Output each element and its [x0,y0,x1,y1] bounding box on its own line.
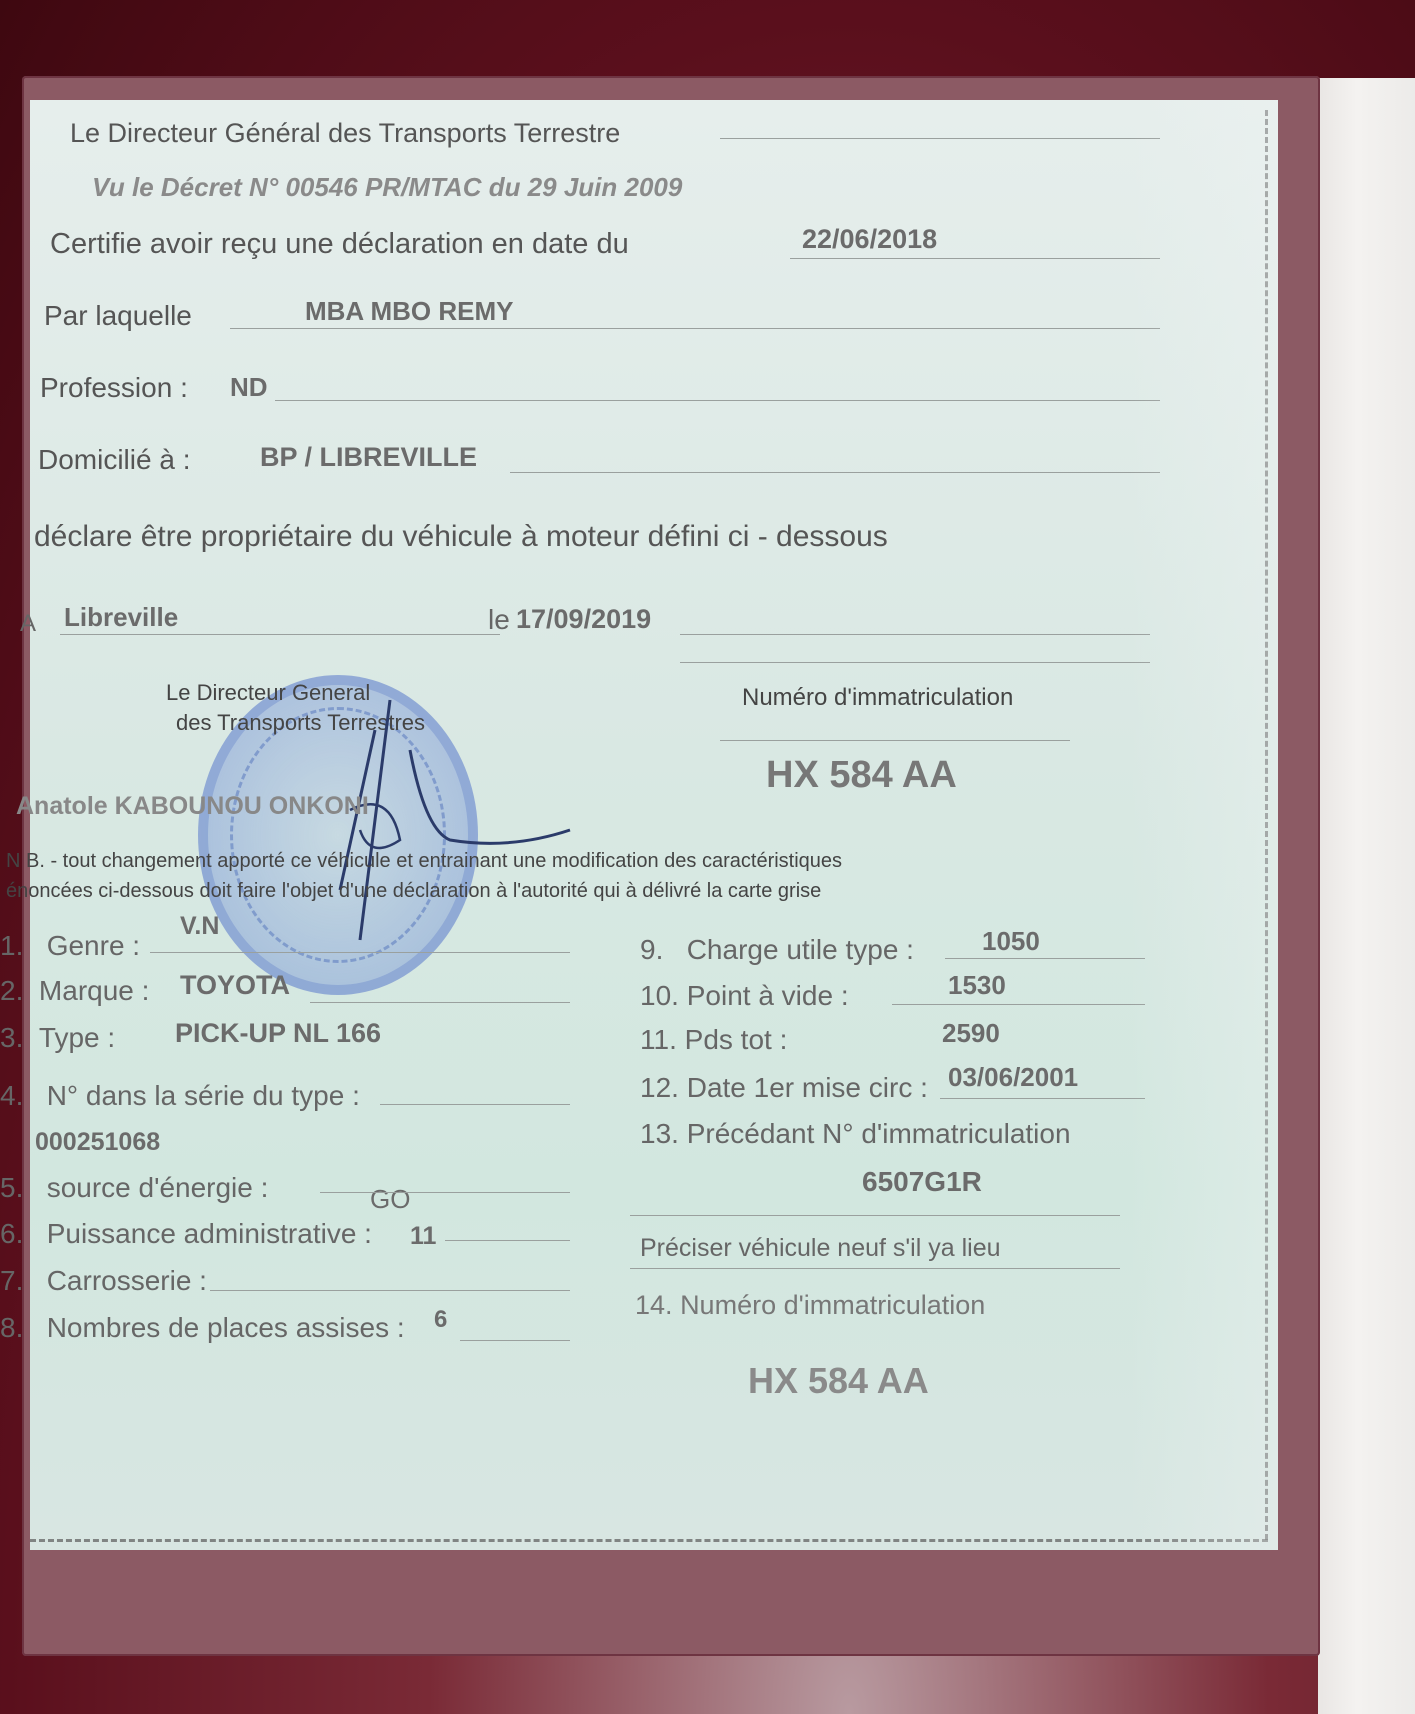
spec-label-places: 8. Nombres de places assises : [0,1312,405,1344]
profession-value: ND [230,372,268,403]
spec-value-date-circ: 03/06/2001 [948,1062,1078,1093]
par-laquelle-label: Par laquelle [44,300,192,332]
header-title: Le Directeur Général des Transports Terr… [70,118,620,149]
divider [720,138,1160,139]
spec-label-point-vide: 10. Point à vide : [640,980,849,1012]
spec-value-marque: TOYOTA [180,970,290,1001]
spec-label-puissance: 6. Puissance administrative : [0,1218,372,1250]
spec-value-puissance: 11 [410,1222,436,1251]
spec-label-precedent: 13. Précédant N° d'immatriculation [640,1118,1071,1150]
domicile-label: Domicilié à : [38,444,190,476]
place-prefix: A [20,610,36,638]
fill-line [230,328,1160,329]
domicile-value: BP / LIBREVILLE [260,442,477,473]
registration-number: HX 584 AA [766,754,957,797]
final-registration-number: HX 584 AA [748,1360,929,1402]
issue-date: 17/09/2019 [516,604,651,635]
spec-value-precedent: 6507G1R [862,1166,982,1198]
new-vehicle-note: Préciser véhicule neuf s'il ya lieu [640,1234,1001,1263]
profession-label: Profession : [40,372,188,404]
fill-line [150,952,570,953]
nb-note-line2: énoncées ci-dessous doit faire l'objet d… [6,880,821,903]
fill-line [790,258,1160,259]
fill-line [630,1215,1120,1216]
fill-line [210,1290,570,1291]
spec-label-genre: 1. Genre : [0,930,140,962]
fill-line [945,958,1145,959]
spec-value-serie: 000251068 [35,1128,160,1157]
spec-label-date-circ: 12. Date 1er mise circ : [640,1072,928,1104]
fill-line [445,1240,570,1241]
fill-line [275,400,1160,401]
fill-line [892,1004,1145,1005]
spec-label-charge: 9. Charge utile type : [640,934,914,966]
stitching [30,1539,1268,1542]
fill-line [310,1002,570,1003]
fill-line [60,634,500,635]
adjacent-page [1318,78,1415,1714]
decree-reference: Vu le Décret N° 00546 PR/MTAC du 29 Juin… [92,172,682,203]
spec-value-type: PICK-UP NL 166 [175,1018,381,1049]
spec-label-pds-tot: 11. Pds tot : [640,1024,787,1056]
owner-name: MBA MBO REMY [305,296,513,327]
spec-value-charge: 1050 [982,926,1040,957]
spec-value-pds-tot: 2590 [942,1018,1000,1049]
signatory-name: Anatole KABOUNOU ONKONI [16,792,369,821]
spec-value-energie: GO [370,1184,410,1215]
date-prefix: le [488,604,510,636]
spec-value-places: 6 [434,1306,447,1334]
registration-header: Numéro d'immatriculation [742,684,1013,712]
signature-icon [330,690,590,970]
spec-label-carrosserie: 7. Carrosserie : [0,1265,207,1297]
fill-line [320,1192,570,1193]
spec-label-energie: 5. source d'énergie : [0,1172,268,1204]
spec-value-genre: V.N [180,912,219,941]
certify-label: Certifie avoir reçu une déclaration en d… [50,228,629,261]
fill-line [940,1098,1145,1099]
stitching [1265,110,1268,1540]
fill-line [380,1104,570,1105]
issue-place: Libreville [64,602,178,633]
spec-label-serie: 4. N° dans la série du type : [0,1080,360,1112]
declaration-statement: déclare être propriétaire du véhicule à … [34,520,888,554]
fill-line [720,740,1070,741]
fill-line [510,472,1160,473]
declaration-date: 22/06/2018 [802,224,937,255]
spec-label-marque: 2. Marque : [0,975,149,1007]
fill-line [460,1340,570,1341]
vehicle-registration-card: Le Directeur Général des Transports Terr… [30,100,1278,1550]
fill-line [630,1268,1120,1269]
fill-line [680,634,1150,635]
fill-line [680,662,1150,663]
spec-value-point-vide: 1530 [948,970,1006,1001]
final-registration-label: 14. Numéro d'immatriculation [635,1290,985,1321]
spec-label-type: 3. Type : [0,1022,115,1054]
nb-note-line1: N B. - tout changement apporté ce véhicu… [6,850,842,873]
